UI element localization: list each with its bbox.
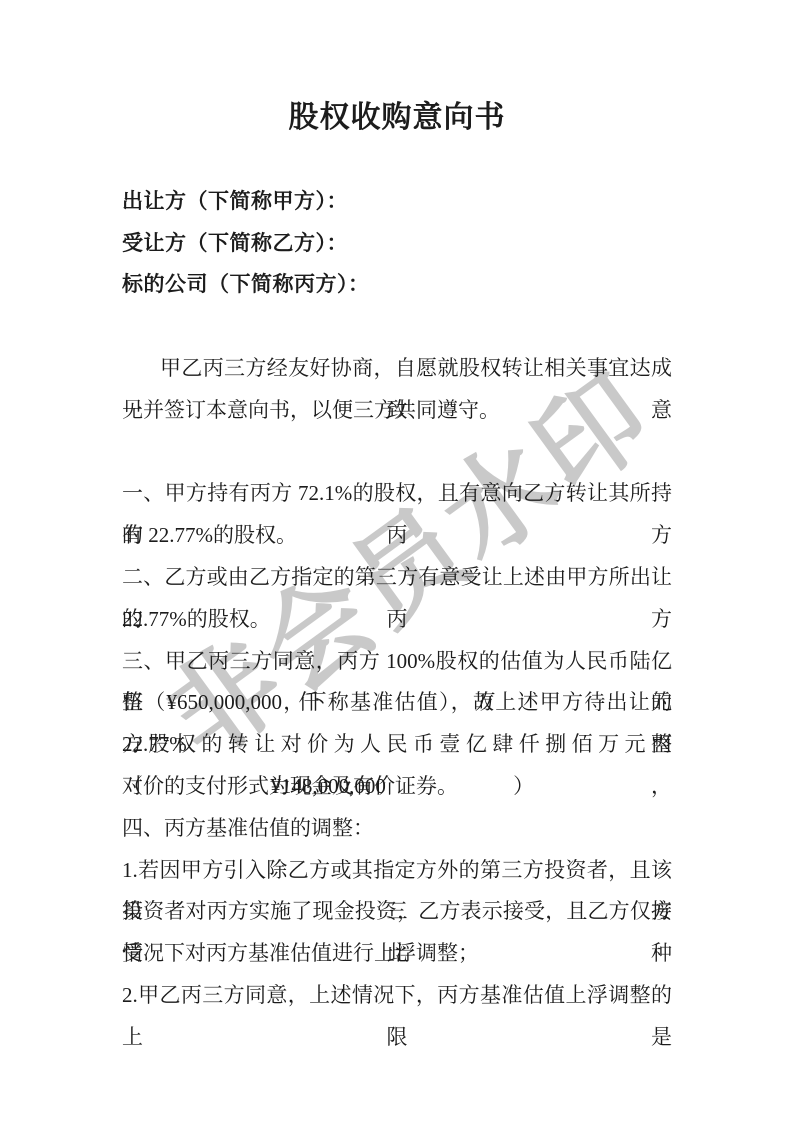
clause-4-item-2-line: 2.甲乙丙三方同意，上述情况下，丙方基准估值上浮调整的上限是 xyxy=(122,975,672,1017)
clause-4-item-1-line: 1.若因甲方引入除乙方或其指定方外的第三方投资者，且该第三方 xyxy=(122,850,672,892)
document-page: 股权收购意向书 出让方（下简称甲方）： 受让方（下简称乙方）： 标的公司（下简称… xyxy=(122,0,672,1017)
preamble-line: 甲乙丙三方经友好协商，自愿就股权转让相关事宜达成一致意 xyxy=(122,348,672,390)
clause-2-line: 二、乙方或由乙方指定的第三方有意受让上述由甲方所出让的丙方 xyxy=(122,557,672,599)
party-line-target-company: 标的公司（下简称丙方）： xyxy=(122,264,672,306)
blank-line xyxy=(122,139,672,181)
blank-line xyxy=(122,306,672,348)
party-line-transferor: 出让方（下简称甲方）： xyxy=(122,181,672,223)
document-title: 股权收购意向书 xyxy=(122,97,672,139)
clause-4-heading: 四、丙方基准估值的调整： xyxy=(122,808,672,850)
clause-3-line: 整（¥650,000,000，下称基准估值），故上述甲方待出让的 22.77%丙 xyxy=(122,682,672,724)
clause-3-line: 三、甲乙丙三方同意，丙方 100%股权的估值为人民币陆亿伍仟万元 xyxy=(122,641,672,683)
clause-3-line: 方股权的转让对价为人民币壹亿肆仟捌佰万元整（¥148,000,000）， xyxy=(122,724,672,766)
party-line-transferee: 受让方（下简称乙方）： xyxy=(122,223,672,265)
blank-line xyxy=(122,432,672,474)
clause-1-line: 一、甲方持有丙方 72.1%的股权，且有意向乙方转让其所持有丙方 xyxy=(122,473,672,515)
clause-4-item-1-line: 投资者对丙方实施了现金投资，乙方表示接受，且乙方仅接受此种 xyxy=(122,891,672,933)
